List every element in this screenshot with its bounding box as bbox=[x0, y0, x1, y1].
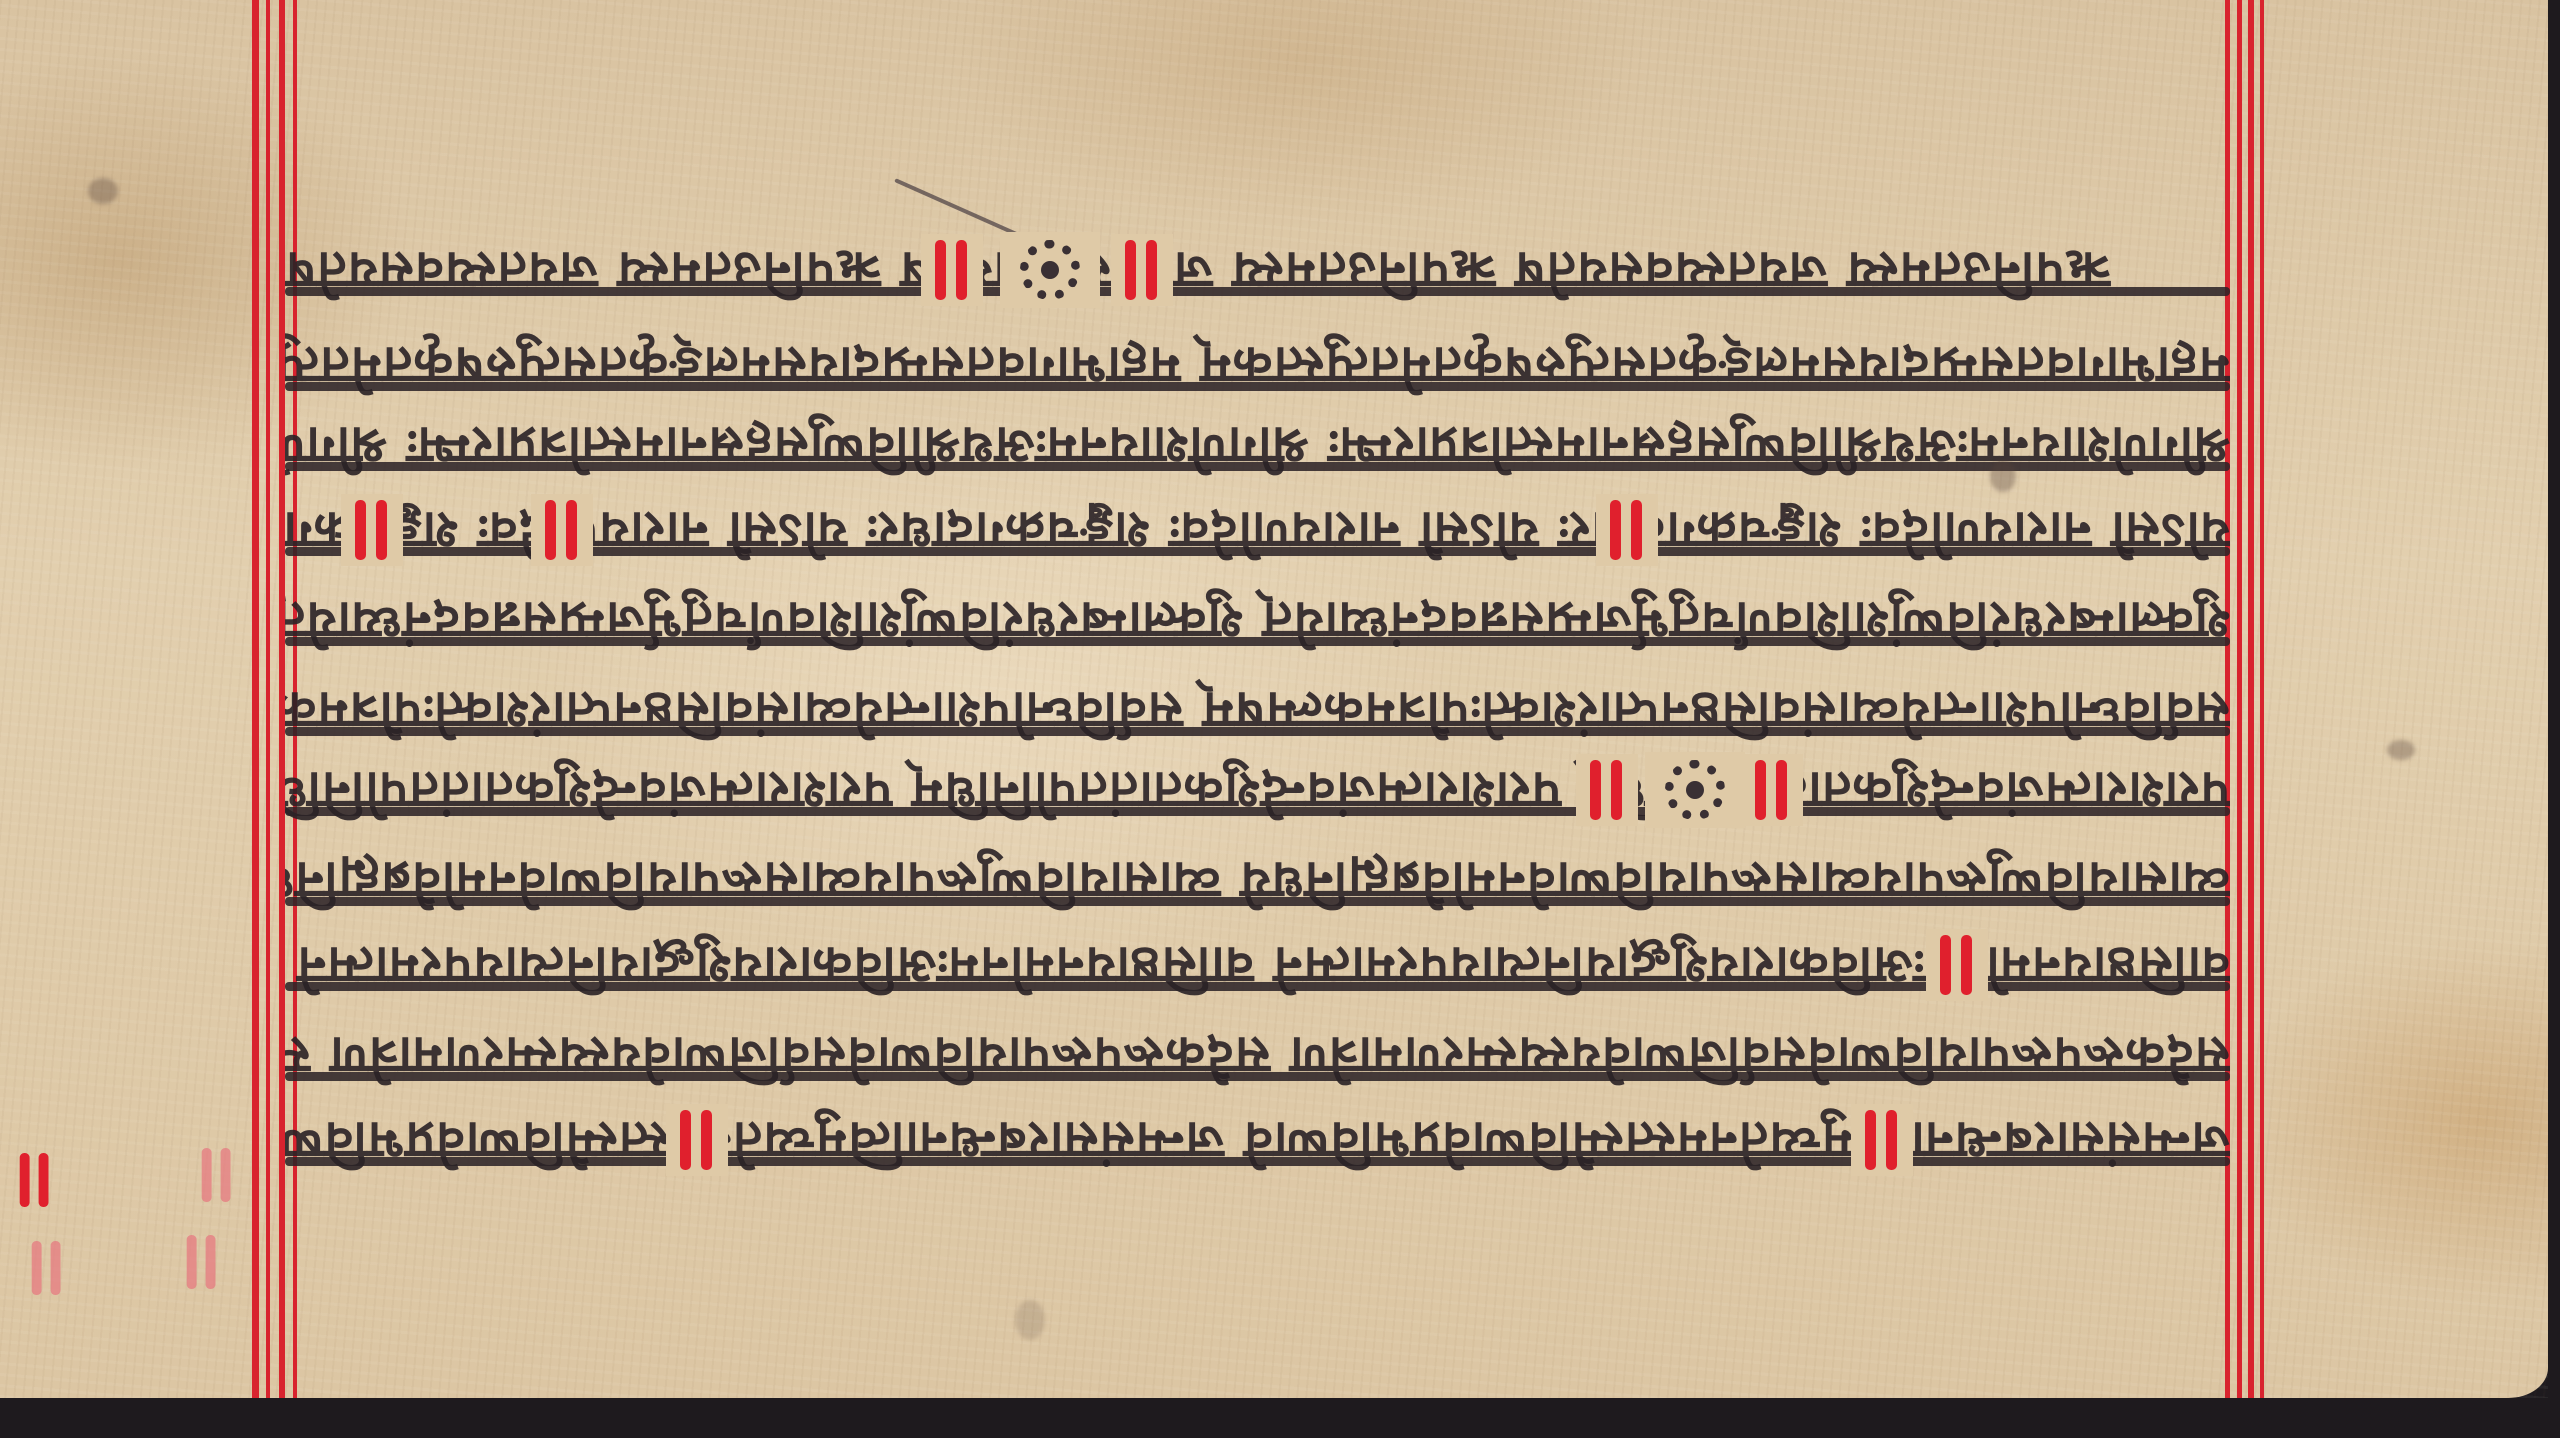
manuscript-line: ऋपनिउतमस्य जयतस्यवसयतेष ऋपनिउतमस्य जयतस्… bbox=[285, 238, 2230, 302]
red-double-danda bbox=[545, 500, 579, 560]
right-margin-rule bbox=[2248, 0, 2254, 1398]
right-margin-rule bbox=[2260, 0, 2264, 1398]
red-double-danda bbox=[1755, 760, 1789, 820]
red-double-danda bbox=[935, 240, 969, 300]
line-text: ऋपनिउतमस्य जयतस्यवसयतेष ऋपनिउतमस्य जयतस्… bbox=[285, 238, 2230, 302]
margin-danda-mark bbox=[187, 1235, 218, 1289]
line-text: पराशरात्मजंवन्देशुकतातंतपोनिधिम् पराशरात… bbox=[285, 758, 2230, 822]
manuscript-line: सदैकरूपरूपायविष्णवेसर्वजिष्णवेयस्यस्मरणम… bbox=[285, 1023, 2230, 1087]
red-double-danda bbox=[680, 1110, 714, 1170]
line-text: शुक्लाम्बरधरंविष्णुंशशिवर्णंचतुर्भुजम्प्… bbox=[285, 588, 2230, 652]
red-double-danda bbox=[1940, 935, 1974, 995]
flower-ornament-icon bbox=[1665, 760, 1725, 820]
manuscript-line: पराशरात्मजंवन्देशुकतातंतपोनिधिम् पराशरात… bbox=[285, 758, 2230, 822]
red-double-danda bbox=[355, 500, 389, 560]
red-double-danda bbox=[1590, 760, 1624, 820]
manuscript-line: महाभागवतसम्प्रदायसमलङ्कृतसत्पुरुषकृतमेतत… bbox=[285, 333, 2230, 397]
line-text: जन्मसंसारबन्धनात्विमुच्यतेनमस्तस्मैविष्ण… bbox=[285, 1108, 2230, 1172]
red-double-danda bbox=[1610, 500, 1644, 560]
margin-danda-mark bbox=[32, 1241, 63, 1295]
line-text: व्यासायविष्णुरूपायव्यासरूपायविष्णवेनमोवै… bbox=[285, 848, 2230, 912]
paper-stain bbox=[2387, 740, 2415, 760]
manuscript-line: जन्मसंसारबन्धनात्विमुच्यतेनमस्तस्मैविष्ण… bbox=[285, 1108, 2230, 1172]
line-text: सदैकरूपरूपायविष्णवेसर्वजिष्णवेयस्यस्मरणम… bbox=[285, 1023, 2230, 1087]
flower-ornament-icon bbox=[1020, 240, 1080, 300]
manuscript-line: सर्वविघ्नोपशान्तयेव्यासंवसिष्ठनप्तारंशक्… bbox=[285, 678, 2230, 742]
margin-danda-mark bbox=[20, 1153, 51, 1207]
line-text: महाभागवतसम्प्रदायसमलङ्कृतसत्पुरुषकृतमेतत… bbox=[285, 333, 2230, 397]
ink-stroke bbox=[894, 178, 1024, 239]
paper-stain bbox=[1990, 460, 2016, 492]
paper-stain bbox=[88, 178, 118, 204]
line-text: श्रीगणेशायनमःअथश्रीविष्णुसहस्रनामस्तोत्र… bbox=[285, 413, 2230, 477]
red-double-danda bbox=[1125, 240, 1159, 300]
margin-danda-mark bbox=[202, 1148, 233, 1202]
right-margin-rule bbox=[2237, 0, 2242, 1398]
red-double-danda bbox=[1865, 1110, 1899, 1170]
manuscript-folio: ऋपनिउतमस्य जयतस्यवसयतेष ऋपनिउतमस्य जयतस्… bbox=[0, 0, 2548, 1398]
line-text: सर्वविघ्नोपशान्तयेव्यासंवसिष्ठनप्तारंशक्… bbox=[285, 678, 2230, 742]
manuscript-line: शुक्लाम्बरधरंविष्णुंशशिवर्णंचतुर्भुजम्प्… bbox=[285, 588, 2230, 652]
left-margin-rule bbox=[266, 0, 270, 1398]
left-margin-rule bbox=[252, 0, 259, 1398]
manuscript-line: व्यासायविष्णुरूपायव्यासरूपायविष्णवेनमोवै… bbox=[285, 848, 2230, 912]
manuscript-line: श्रीगणेशायनमःअथश्रीविष्णुसहस्रनामस्तोत्र… bbox=[285, 413, 2230, 477]
paper-stain bbox=[1015, 1300, 1045, 1340]
